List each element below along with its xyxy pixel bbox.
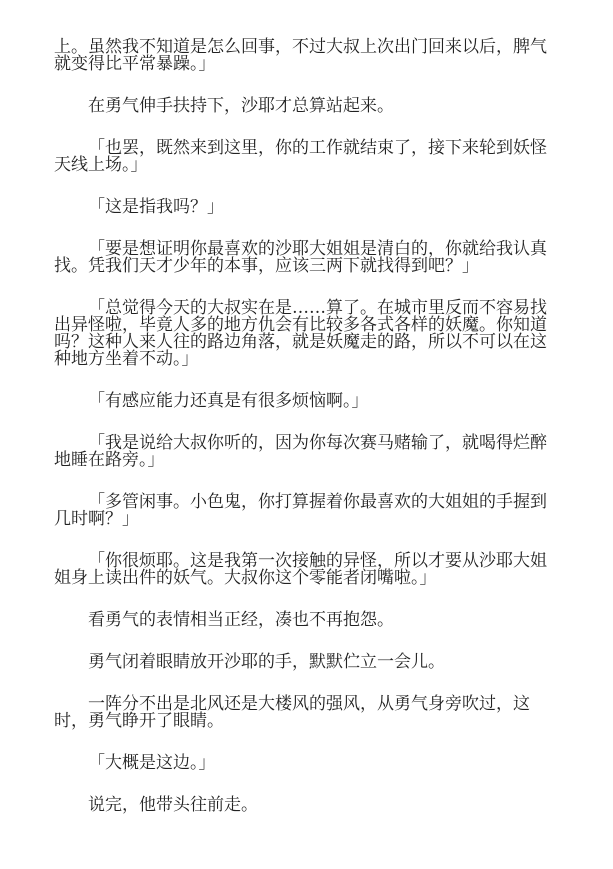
- paragraph-dialogue: 「这是指我吗？」: [54, 199, 559, 216]
- text-line: 种地方坐着不动。」: [54, 351, 559, 368]
- paragraph-dialogue: 「多管闲事。小色鬼，你打算握着你最喜欢的大姐姐的手握到 几时啊？」: [54, 494, 559, 528]
- paragraph-dialogue: 「我是说给大叔你听的，因为你每次赛马赌输了，就喝得烂醉 地睡在路旁。」: [54, 435, 559, 469]
- text-line: 时，勇气睁开了眼睛。: [54, 713, 559, 730]
- paragraph-dialogue: 「也罢，既然来到这里，你的工作就结束了，接下来轮到妖怪 天线上场。」: [54, 140, 559, 174]
- paragraph-dialogue: 「总觉得今天的大叔实在是……算了。在城市里反而不容易找 出异怪啦，毕竟人多的地方…: [54, 300, 559, 368]
- text-line: 说完，他带头往前走。: [54, 797, 559, 814]
- paragraph-continuation: 上。虽然我不知道是怎么回事，不过大叔上次出门回来以后，脾气 就变得比平常暴躁。」: [54, 39, 559, 73]
- text-line: 在勇气伸手扶持下，沙耶才总算站起来。: [54, 98, 559, 115]
- text-line: 「大概是这边。」: [54, 755, 559, 772]
- text-line: 勇气闭着眼睛放开沙耶的手，默默伫立一会儿。: [54, 654, 559, 671]
- document-page: 上。虽然我不知道是怎么回事，不过大叔上次出门回来以后，脾气 就变得比平常暴躁。」…: [54, 39, 559, 839]
- paragraph: 在勇气伸手扶持下，沙耶才总算站起来。: [54, 98, 559, 115]
- text-line: 看勇气的表情相当正经，凑也不再抱怨。: [54, 612, 559, 629]
- text-line: 几时啊？」: [54, 511, 559, 528]
- text-line: 天线上场。」: [54, 157, 559, 174]
- paragraph: 勇气闭着眼睛放开沙耶的手，默默伫立一会儿。: [54, 654, 559, 671]
- text-line: 姐身上读出件的妖气。大叔你这个零能者闭嘴啦。」: [54, 570, 559, 587]
- paragraph-dialogue: 「有感应能力还真是有很多烦恼啊。」: [54, 393, 559, 410]
- paragraph-dialogue: 「你很烦耶。这是我第一次接触的异怪，所以才要从沙耶大姐 姐身上读出件的妖气。大叔…: [54, 553, 559, 587]
- text-line: 「这是指我吗？」: [54, 199, 559, 216]
- paragraph: 说完，他带头往前走。: [54, 797, 559, 814]
- text-line: 地睡在路旁。」: [54, 452, 559, 469]
- text-line: 「有感应能力还真是有很多烦恼啊。」: [54, 393, 559, 410]
- paragraph: 看勇气的表情相当正经，凑也不再抱怨。: [54, 612, 559, 629]
- paragraph: 一阵分不出是北风还是大楼风的强风，从勇气身旁吹过，这 时，勇气睁开了眼睛。: [54, 696, 559, 730]
- text-line: 就变得比平常暴躁。」: [54, 56, 559, 73]
- paragraph-dialogue: 「要是想证明你最喜欢的沙耶大姐姐是清白的，你就给我认真 找。凭我们天才少年的本事…: [54, 241, 559, 275]
- paragraph-dialogue: 「大概是这边。」: [54, 755, 559, 772]
- text-line: 找。凭我们天才少年的本事，应该三两下就找得到吧？」: [54, 258, 559, 275]
